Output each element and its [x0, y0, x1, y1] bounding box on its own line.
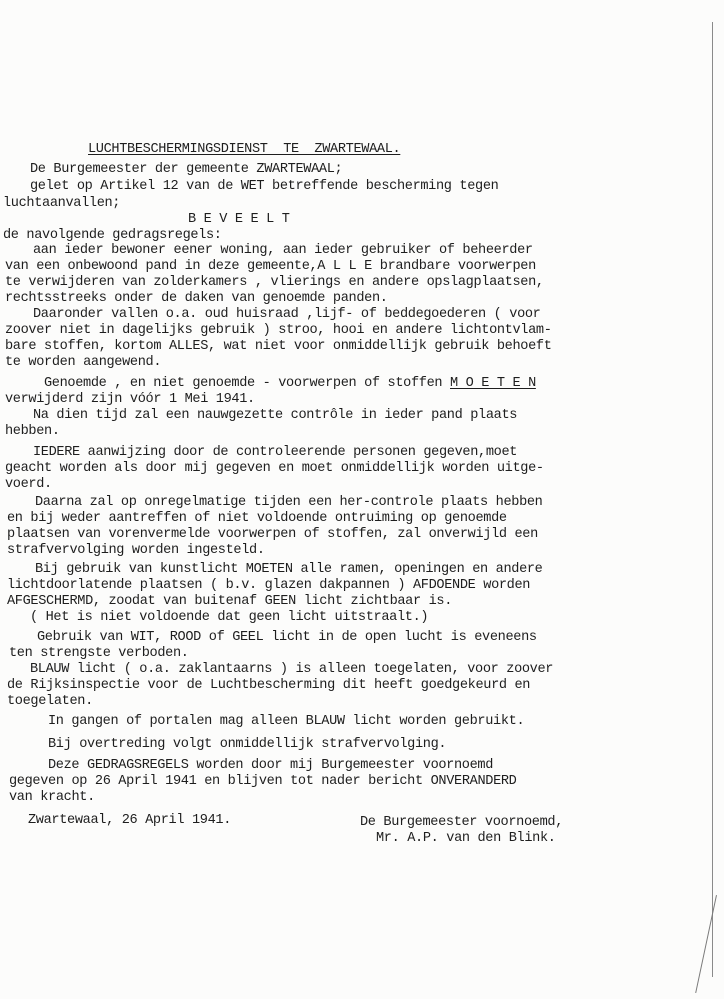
body-line: ten strengste verboden. — [9, 646, 189, 662]
command-heading: B E V E E L T — [188, 212, 290, 228]
body-line: de Rijksinspectie voor de Luchtbeschermi… — [7, 678, 530, 694]
body-line: verwijderd zijn vóór 1 Mei 1941. — [5, 392, 255, 408]
body-line: strafvervolging worden ingesteld. — [7, 543, 265, 559]
emphasis-moeten: M O E T E N — [450, 376, 536, 391]
signature-name: Mr. A.P. van den Blink. — [376, 831, 556, 847]
body-line: IEDERE aanwijzing door de controleerende… — [33, 445, 517, 461]
document-title: LUCHTBESCHERMINGSDIENST TE ZWARTEWAAL. — [88, 142, 400, 158]
body-line: Daarna zal op onregelmatige tijden een h… — [35, 495, 543, 511]
body-line: bare stoffen, kortom ALLES, wat niet voo… — [5, 339, 552, 355]
body-line: zoover niet in dagelijks gebruik ) stroo… — [5, 323, 552, 339]
body-line: aan ieder bewoner eener woning, aan iede… — [33, 243, 533, 259]
body-line: van kracht. — [9, 790, 95, 806]
body-text: Genoemde , en niet genoemde - voorwerpen… — [44, 376, 450, 391]
body-line: de navolgende gedragsregels: — [3, 228, 222, 244]
body-line: AFGESCHERMD, zoodat van buitenaf GEEN li… — [7, 594, 452, 610]
body-line: gegeven op 26 April 1941 en blijven tot … — [9, 774, 517, 790]
body-line: geacht worden als door mij gegeven en mo… — [5, 461, 544, 477]
body-line: ( Het is niet voldoende dat geen licht u… — [30, 610, 428, 626]
intro-line: luchtaanvallen; — [3, 196, 120, 212]
document-page: LUCHTBESCHERMINGSDIENST TE ZWARTEWAAL. D… — [0, 0, 724, 999]
body-line: Daaronder vallen o.a. oud huisraad ,lijf… — [33, 307, 541, 323]
body-line: Genoemde , en niet genoemde - voorwerpen… — [44, 376, 536, 392]
page-edge-line — [712, 22, 713, 977]
body-line: voerd. — [5, 477, 52, 493]
body-line: Na dien tijd zal een nauwgezette contrôl… — [33, 408, 517, 424]
body-line: lichtdoorlatende plaatsen ( b.v. glazen … — [7, 578, 530, 594]
body-line: Deze GEDRAGSREGELS worden door mij Burge… — [48, 758, 493, 774]
page-edge-fold — [695, 895, 717, 993]
body-line: Bij gebruik van kunstlicht MOETEN alle r… — [35, 562, 543, 578]
body-line: In gangen of portalen mag alleen BLAUW l… — [48, 714, 524, 730]
body-line: hebben. — [5, 424, 60, 440]
body-line: Gebruik van WIT, ROOD of GEEL licht in d… — [37, 630, 537, 646]
signature-role: De Burgemeester voornoemd, — [360, 815, 563, 831]
body-line: Bij overtreding volgt onmiddellijk straf… — [48, 737, 446, 753]
body-line: en bij weder aantreffen of niet voldoend… — [7, 511, 507, 527]
body-line: te verwijderen van zolderkamers , vlieri… — [5, 275, 544, 291]
body-line: plaatsen van vorenvermelde voorwerpen of… — [7, 527, 538, 543]
intro-line: De Burgemeester der gemeente ZWARTEWAAL; — [30, 162, 342, 178]
body-line: toegelaten. — [7, 694, 93, 710]
place-date: Zwartewaal, 26 April 1941. — [28, 813, 231, 829]
body-line: te worden aangewend. — [5, 355, 161, 371]
body-line: van een onbewoond pand in deze gemeente,… — [5, 259, 536, 275]
body-line: BLAUW licht ( o.a. zaklantaarns ) is all… — [30, 662, 553, 678]
intro-line: gelet op Artikel 12 van de WET betreffen… — [30, 179, 498, 195]
body-line: rechtsstreeks onder de daken van genoemd… — [5, 291, 388, 307]
